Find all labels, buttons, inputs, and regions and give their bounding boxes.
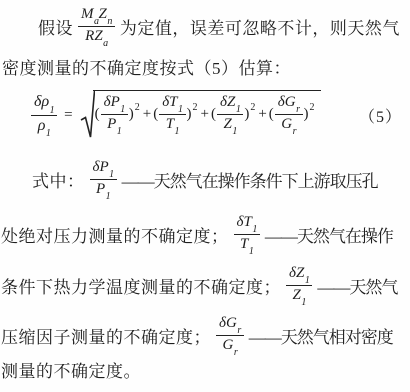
- fraction-dz-z: δZ1 Z1: [217, 94, 243, 135]
- equation-5: δρ1 ρ1 = ( δP1 P1 )2 + ( δT1 T1 )2: [0, 80, 410, 150]
- paragraph-line-7: 压缩因子测量的不确定度； δGr Gr ——天然气相对密度: [0, 310, 410, 360]
- fraction-dt-t-inline: δT1 T1: [234, 214, 260, 255]
- fraction-mazn-numerator: MaZn: [78, 6, 115, 27]
- square-root: ( δP1 P1 )2 + ( δT1 T1 )2 + ( δZ1 Z1: [80, 90, 321, 140]
- fraction-dz-z-inline: δZ1 Z1: [286, 265, 312, 306]
- line4-prefix-text: 式中：: [32, 167, 85, 192]
- paragraph-line-5: 处绝对压力测量的不确定度； δT1 T1 ——天然气在操作: [0, 208, 410, 260]
- line6-after-text: ——天然气: [317, 273, 397, 298]
- line7-after-text: ——天然气相对密度: [249, 323, 393, 348]
- fraction-drho-rho: δρ1 ρ1: [31, 93, 57, 136]
- line6-before-text: 条件下热力学温度测量的不确定度；: [1, 273, 281, 298]
- document-page: 假设 MaZn RZa 为定值，误差可忽略不计，则天然气 密度测量的不确定度按式…: [0, 0, 410, 392]
- equation-number: （5）: [359, 104, 410, 127]
- equals-sign: =: [64, 107, 72, 124]
- paragraph-line-4: 式中： δP1 P1 ——天然气在操作条件下上游取压孔: [0, 150, 410, 208]
- fraction-dt-t: δT1 T1: [159, 94, 185, 135]
- paragraph-line-1: 假设 MaZn RZa 为定值，误差可忽略不计，则天然气: [0, 0, 410, 52]
- line8-text: 测量的不确定度。: [1, 360, 141, 384]
- line5-before-text: 处绝对压力测量的不确定度；: [1, 222, 229, 247]
- line1-suffix-text: 为定值，误差可忽略不计，则天然气: [120, 14, 400, 39]
- line7-before-text: 压缩因子测量的不确定度；: [1, 323, 211, 348]
- fraction-dp-p-inline: δP1 P1: [90, 159, 117, 200]
- line2-text: 密度测量的不确定度按式（5）估算：: [2, 54, 291, 79]
- radicand: ( δP1 P1 )2 + ( δT1 T1 )2 + ( δZ1 Z1: [93, 90, 321, 135]
- fraction-mazn-denominator: RZa: [85, 27, 108, 47]
- fraction-dg-g: δGr Gr: [275, 94, 303, 135]
- paragraph-line-6: 条件下热力学温度测量的不确定度； δZ1 Z1 ——天然气: [0, 260, 410, 310]
- line1-prefix-text: 假设: [38, 14, 73, 39]
- fraction-dp-p: δP1 P1: [101, 94, 128, 135]
- fraction-dg-g-inline: δGr Gr: [216, 315, 244, 356]
- line5-after-text: ——天然气在操作: [265, 222, 393, 247]
- fraction-mazn-rza: MaZn RZa: [78, 6, 115, 47]
- paragraph-line-2: 密度测量的不确定度按式（5）估算：: [0, 52, 410, 80]
- paragraph-line-8: 测量的不确定度。: [0, 360, 410, 392]
- line4-suffix-text: ——天然气在操作条件下上游取压孔: [122, 167, 378, 192]
